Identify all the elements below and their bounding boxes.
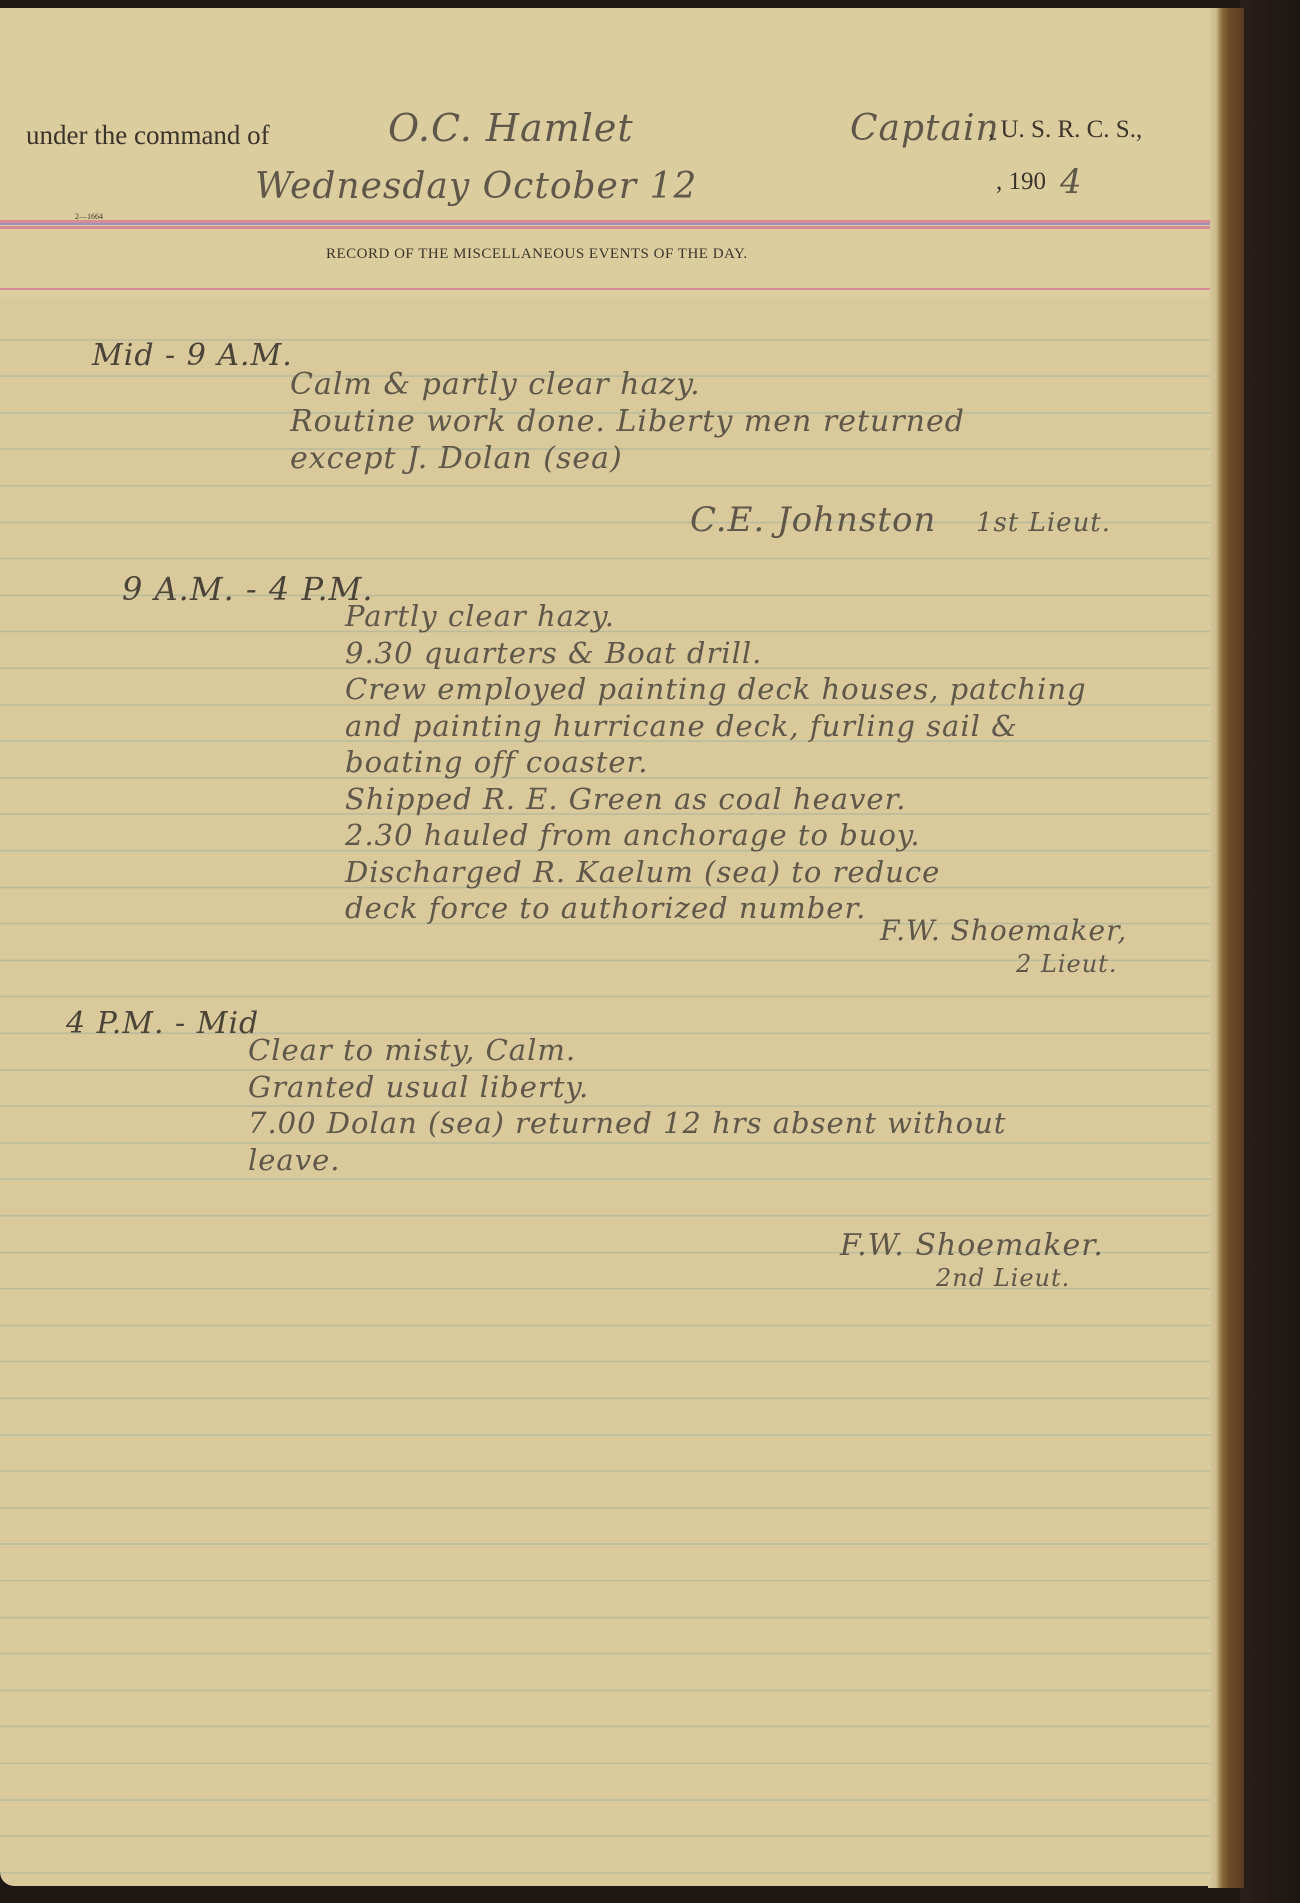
entry-line: 2.30 hauled from anchorage to buoy.	[345, 817, 1087, 854]
entry-line: Routine work done. Liberty men returned	[290, 403, 965, 440]
entry-line: Crew employed painting deck houses, patc…	[345, 671, 1087, 708]
entry-line: Clear to misty, Calm.	[248, 1032, 1006, 1069]
year-printed: , 190	[996, 168, 1046, 196]
entry-line: Shipped R. E. Green as coal heaver.	[345, 781, 1087, 818]
entry-text: Calm & partly clear hazy. Routine work d…	[290, 366, 965, 477]
watch-label: Mid - 9 A.M.	[92, 338, 293, 373]
entry-line: Discharged R. Kaelum (sea) to reduce	[345, 854, 1087, 891]
rank-handwritten: Captain	[850, 108, 1000, 149]
entry-text: Clear to misty, Calm. Granted usual libe…	[248, 1032, 1006, 1178]
watch-label: 4 P.M. - Mid	[66, 1006, 259, 1041]
signature-rank: 2nd Lieut.	[936, 1264, 1070, 1292]
entry-line: and painting hurricane deck, furling sai…	[345, 708, 1087, 745]
entry-text: Partly clear hazy. 9.30 quarters & Boat …	[345, 598, 1087, 927]
entry-line: 7.00 Dolan (sea) returned 12 hrs absent …	[248, 1105, 1006, 1142]
entry-line: leave.	[248, 1142, 1006, 1179]
signature: C.E. Johnston	[690, 500, 936, 540]
logbook-page: under the command of O.C. Hamlet Captain…	[0, 8, 1210, 1886]
date-handwritten: Wednesday October 12	[255, 166, 697, 207]
signature-rank: 1st Lieut.	[976, 508, 1111, 538]
command-label: under the command of	[26, 120, 270, 151]
entry-line: except J. Dolan (sea)	[290, 440, 965, 477]
book-cover	[1240, 0, 1300, 1903]
page-edges	[1208, 8, 1244, 1888]
service-label: , U. S. R. C. S.,	[988, 116, 1142, 144]
header-rule-pink-2	[0, 226, 1210, 229]
signature-rank: 2 Lieut.	[1016, 950, 1117, 978]
header-rule-blue	[0, 223, 1210, 225]
entry-line: 9.30 quarters & Boat drill.	[345, 635, 1087, 672]
section-rule	[0, 288, 1210, 290]
signature: F.W. Shoemaker,	[880, 914, 1127, 947]
entry-line: Calm & partly clear hazy.	[290, 366, 965, 403]
signature: F.W. Shoemaker.	[840, 1228, 1104, 1263]
entry-line: boating off coaster.	[345, 744, 1087, 781]
year-handwritten: 4	[1060, 162, 1083, 202]
entry-line: Granted usual liberty.	[248, 1069, 1006, 1106]
watch-label: 9 A.M. - 4 P.M.	[122, 570, 374, 608]
entry-line: Partly clear hazy.	[345, 598, 1087, 635]
commander-name: O.C. Hamlet	[388, 106, 634, 150]
section-title: RECORD OF THE MISCELLANEOUS EVENTS OF TH…	[326, 246, 748, 263]
